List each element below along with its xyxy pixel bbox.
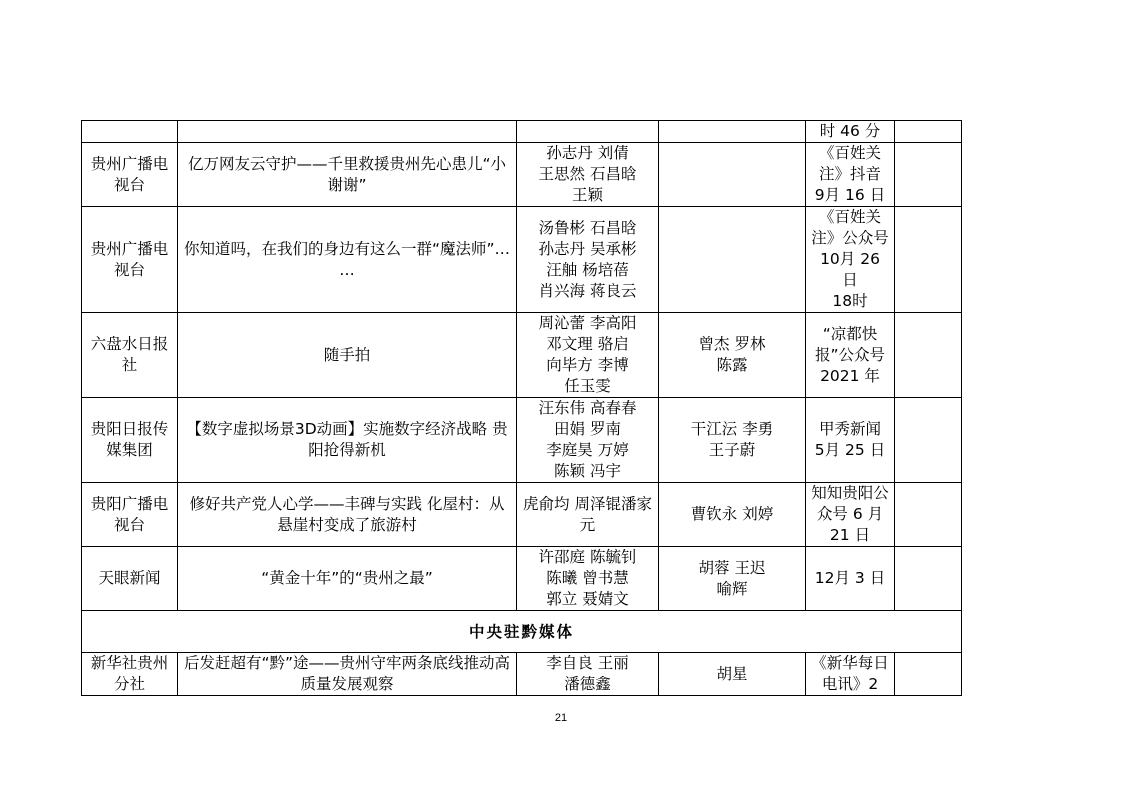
published-cell: “凉都快报”公众号 2021 年 <box>806 313 895 398</box>
authors-cell: 虎俞均 周泽锟潘家元 <box>517 483 659 547</box>
note-cell <box>895 143 962 207</box>
authors-cell: 周沁蕾 李高阳 邓文理 骆启 向毕方 李博 任玉雯 <box>517 313 659 398</box>
published-cell: 甲秀新闻 5月 25 日 <box>806 398 895 483</box>
section-title: 中央驻黔媒体 <box>82 611 962 653</box>
title-cell: “黄金十年”的“贵州之最” <box>178 547 517 611</box>
table-row: 新华社贵州分社后发赶超有“黔”途——贵州守牢两条底线推动高质量发展观察李自良 王… <box>82 653 962 696</box>
award-table: 时 46 分贵州广播电视台亿万网友云守护——千里救援贵州先心患儿“小谢谢”孙志丹… <box>81 120 962 696</box>
title-cell: 后发赶超有“黔”途——贵州守牢两条底线推动高质量发展观察 <box>178 653 517 696</box>
authors-cell: 孙志丹 刘倩 王思然 石昌晗 王颖 <box>517 143 659 207</box>
page-number: 21 <box>0 712 1122 724</box>
published-cell: 12月 3 日 <box>806 547 895 611</box>
note-cell <box>895 207 962 313</box>
table-row: 贵阳日报传媒集团【数字虚拟场景3D动画】实施数字经济战略 贵阳抢得新机汪东伟 高… <box>82 398 962 483</box>
authors-cell: 许邵庭 陈毓钊 陈曦 曾书慧 郭立 聂婧文 <box>517 547 659 611</box>
unit-cell <box>82 121 178 143</box>
title-cell: 随手拍 <box>178 313 517 398</box>
editors-cell: 曾杰 罗林 陈露 <box>659 313 806 398</box>
authors-cell <box>517 121 659 143</box>
award-table-body: 时 46 分贵州广播电视台亿万网友云守护——千里救援贵州先心患儿“小谢谢”孙志丹… <box>82 121 962 696</box>
table-row: 贵州广播电视台你知道吗，在我们的身边有这么一群“魔法师”… …汤鲁彬 石昌晗 孙… <box>82 207 962 313</box>
authors-cell: 汪东伟 高春春 田娟 罗南 李庭昊 万婷 陈颖 冯宇 <box>517 398 659 483</box>
published-cell: 《百姓关注》公众号 10月 26 日 18时 <box>806 207 895 313</box>
note-cell <box>895 121 962 143</box>
note-cell <box>895 398 962 483</box>
table-row: 天眼新闻“黄金十年”的“贵州之最”许邵庭 陈毓钊 陈曦 曾书慧 郭立 聂婧文胡蓉… <box>82 547 962 611</box>
title-cell: 亿万网友云守护——千里救援贵州先心患儿“小谢谢” <box>178 143 517 207</box>
note-cell <box>895 483 962 547</box>
title-cell <box>178 121 517 143</box>
section-header-row: 中央驻黔媒体 <box>82 611 962 653</box>
published-cell: 《百姓关注》抖音 9月 16 日 <box>806 143 895 207</box>
unit-cell: 贵州广播电视台 <box>82 143 178 207</box>
published-cell: 时 46 分 <box>806 121 895 143</box>
unit-cell: 新华社贵州分社 <box>82 653 178 696</box>
document-page: 时 46 分贵州广播电视台亿万网友云守护——千里救援贵州先心患儿“小谢谢”孙志丹… <box>0 0 1122 793</box>
published-cell: 知知贵阳公众号 6 月 21 日 <box>806 483 895 547</box>
unit-cell: 六盘水日报社 <box>82 313 178 398</box>
table-row: 时 46 分 <box>82 121 962 143</box>
note-cell <box>895 653 962 696</box>
title-cell: 修好共产党人心学——丰碑与实践 化屋村：从悬崖村变成了旅游村 <box>178 483 517 547</box>
editors-cell: 胡蓉 王迟 喻辉 <box>659 547 806 611</box>
editors-cell: 干江沄 李勇 王子蔚 <box>659 398 806 483</box>
unit-cell: 贵州广播电视台 <box>82 207 178 313</box>
title-cell: 【数字虚拟场景3D动画】实施数字经济战略 贵阳抢得新机 <box>178 398 517 483</box>
editors-cell: 胡星 <box>659 653 806 696</box>
note-cell <box>895 313 962 398</box>
unit-cell: 贵阳广播电视台 <box>82 483 178 547</box>
editors-cell <box>659 121 806 143</box>
unit-cell: 天眼新闻 <box>82 547 178 611</box>
title-cell: 你知道吗，在我们的身边有这么一群“魔法师”… … <box>178 207 517 313</box>
note-cell <box>895 547 962 611</box>
authors-cell: 汤鲁彬 石昌晗 孙志丹 吴承彬 汪舳 杨培蓓 肖兴海 蒋良云 <box>517 207 659 313</box>
editors-cell: 曹钦永 刘婷 <box>659 483 806 547</box>
table-row: 贵阳广播电视台修好共产党人心学——丰碑与实践 化屋村：从悬崖村变成了旅游村虎俞均… <box>82 483 962 547</box>
table-row: 贵州广播电视台亿万网友云守护——千里救援贵州先心患儿“小谢谢”孙志丹 刘倩 王思… <box>82 143 962 207</box>
published-cell: 《新华每日电讯》2 <box>806 653 895 696</box>
unit-cell: 贵阳日报传媒集团 <box>82 398 178 483</box>
editors-cell <box>659 207 806 313</box>
authors-cell: 李自良 王丽 潘德鑫 <box>517 653 659 696</box>
editors-cell <box>659 143 806 207</box>
table-row: 六盘水日报社随手拍周沁蕾 李高阳 邓文理 骆启 向毕方 李博 任玉雯曾杰 罗林 … <box>82 313 962 398</box>
